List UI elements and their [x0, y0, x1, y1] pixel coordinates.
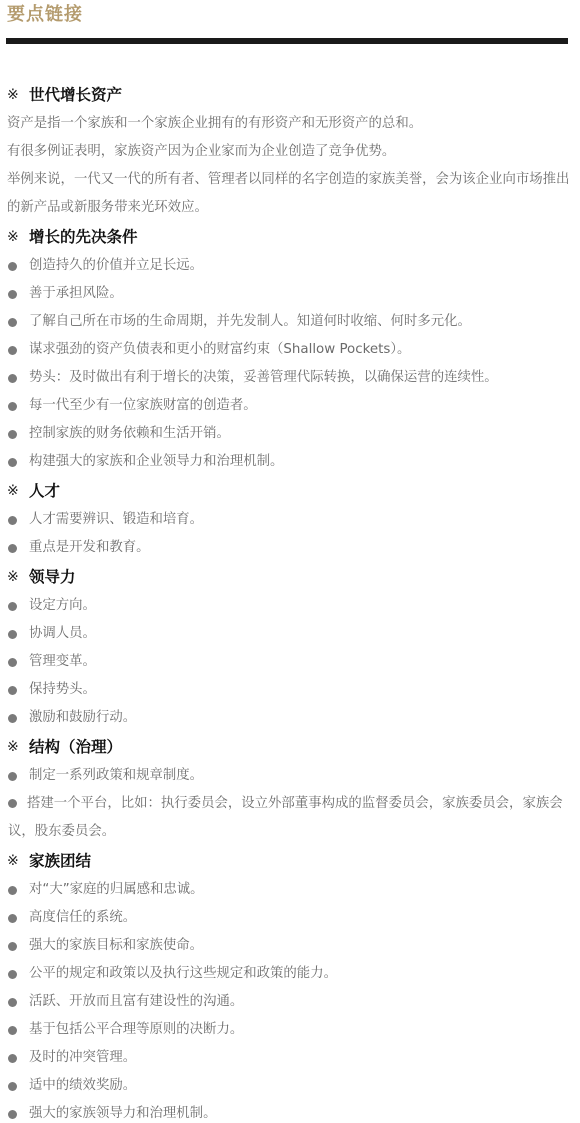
bullet-dot-icon [8, 630, 17, 639]
list-item-text: 谋求强劲的资产负债表和更小的财富约束（Shallow Pockets）。 [29, 336, 410, 364]
bullet-dot-icon [8, 602, 17, 611]
list-item-text: 保持势头。 [29, 676, 96, 704]
reference-mark-icon: ※ [7, 846, 29, 876]
list-item: 高度信任的系统。 [0, 904, 580, 932]
header-divider [6, 38, 568, 44]
list-item-text: 激励和鼓励行动。 [29, 704, 136, 732]
list-item: 活跃、开放而且富有建设性的沟通。 [0, 988, 580, 1016]
bullet-dot-icon [8, 1110, 17, 1119]
list-item: 强大的家族领导力和治理机制。 [0, 1100, 580, 1123]
list-item-text: 控制家族的财务依赖和生活开销。 [29, 420, 230, 448]
paragraph: 资产是指一个家族和一个家族企业拥有的有形资产和无形资产的总和。 [0, 110, 580, 138]
list-item-text: 构建强大的家族和企业领导力和治理机制。 [29, 448, 283, 476]
section-heading: ※ 结构（治理） [0, 732, 580, 762]
list-item: 势头：及时做出有利于增长的决策，妥善管理代际转换，以确保运营的连续性。 [0, 364, 580, 392]
list-item: 设定方向。 [0, 592, 580, 620]
bullet-dot-icon [8, 772, 17, 781]
section-heading: ※ 领导力 [0, 562, 580, 592]
paragraph: 有很多例证表明，家族资产因为企业家而为企业创造了竞争优势。 [0, 138, 580, 166]
reference-mark-icon: ※ [7, 222, 29, 252]
section-heading-text: 结构（治理） [29, 732, 122, 762]
list-item-text: 强大的家族目标和家族使命。 [29, 932, 203, 960]
bullet-dot-icon [8, 544, 17, 553]
list-item-text: 公平的规定和政策以及执行这些规定和政策的能力。 [29, 960, 337, 988]
bullet-dot-icon [8, 914, 17, 923]
bullet-dot-icon [8, 516, 17, 525]
bullet-dot-icon [8, 714, 17, 723]
section-heading: ※ 增长的先决条件 [0, 222, 580, 252]
bullet-dot-icon [8, 658, 17, 667]
bullet-dot-icon [8, 1082, 17, 1091]
list-item: 制定一系列政策和规章制度。 [0, 762, 580, 790]
list-item-text: 协调人员。 [29, 620, 96, 648]
list-item: 适中的绩效奖励。 [0, 1072, 580, 1100]
bullet-dot-icon [8, 1026, 17, 1035]
list-item-text: 重点是开发和教育。 [29, 534, 150, 562]
list-item: 及时的冲突管理。 [0, 1044, 580, 1072]
section-heading-text: 家族团结 [29, 846, 91, 876]
list-item-text: 活跃、开放而且富有建设性的沟通。 [29, 988, 243, 1016]
list-item: 控制家族的财务依赖和生活开销。 [0, 420, 580, 448]
section-leadership: ※ 领导力 设定方向。 协调人员。 管理变革。 保持势头。 激励和鼓励行动。 [0, 562, 580, 732]
section-heading: ※ 家族团结 [0, 846, 580, 876]
bullet-dot-icon [8, 1054, 17, 1063]
reference-mark-icon: ※ [7, 80, 29, 110]
list-item-text: 管理变革。 [29, 648, 96, 676]
list-item: 人才需要辨识、锻造和培育。 [0, 506, 580, 534]
bullet-dot-icon [8, 262, 17, 271]
list-item-text: 人才需要辨识、锻造和培育。 [29, 506, 203, 534]
paragraph: 举例来说，一代又一代的所有者、管理者以同样的名字创造的家族美誉，会为该企业向市场… [0, 166, 580, 222]
list-item: 强大的家族目标和家族使命。 [0, 932, 580, 960]
list-item-text: 每一代至少有一位家族财富的创造者。 [29, 392, 257, 420]
key-points-content: ※ 世代增长资产 资产是指一个家族和一个家族企业拥有的有形资产和无形资产的总和。… [0, 80, 580, 1123]
bullet-dot-icon [8, 458, 17, 467]
section-talent: ※ 人才 人才需要辨识、锻造和培育。 重点是开发和教育。 [0, 476, 580, 562]
list-item: 管理变革。 [0, 648, 580, 676]
list-item: 基于包括公平合理等原则的决断力。 [0, 1016, 580, 1044]
list-item: 了解自己所在市场的生命周期，并先发制人。知道何时收缩、何时多元化。 [0, 308, 580, 336]
list-item: 对“大”家庭的归属感和忠诚。 [0, 876, 580, 904]
list-item: 公平的规定和政策以及执行这些规定和政策的能力。 [0, 960, 580, 988]
section-heading: ※ 世代增长资产 [0, 80, 580, 110]
list-item-text: 强大的家族领导力和治理机制。 [29, 1100, 216, 1123]
list-item-text: 势头：及时做出有利于增长的决策，妥善管理代际转换，以确保运营的连续性。 [29, 364, 498, 392]
bullet-dot-icon [8, 402, 17, 411]
list-item: 谋求强劲的资产负债表和更小的财富约束（Shallow Pockets）。 [0, 336, 580, 364]
section-heading-text: 世代增长资产 [29, 80, 122, 110]
bullet-dot-icon [8, 686, 17, 695]
bullet-dot-icon [8, 374, 17, 383]
section-heading-text: 领导力 [29, 562, 76, 592]
list-item-text: 基于包括公平合理等原则的决断力。 [29, 1016, 243, 1044]
reference-mark-icon: ※ [7, 476, 29, 506]
section-heading-text: 人才 [29, 476, 60, 506]
bullet-dot-icon [8, 886, 17, 895]
section-growth-prerequisites: ※ 增长的先决条件 创造持久的价值并立足长远。 善于承担风险。 了解自己所在市场… [0, 222, 580, 476]
section-heading-text: 增长的先决条件 [29, 222, 138, 252]
list-item-text: 善于承担风险。 [29, 280, 123, 308]
list-item: 搭建一个平台，比如：执行委员会，设立外部董事构成的监督委员会，家族委员会，家族会… [0, 790, 580, 846]
list-item-text: 制定一系列政策和规章制度。 [29, 762, 203, 790]
list-item-text: 对“大”家庭的归属感和忠诚。 [29, 876, 204, 904]
list-item: 激励和鼓励行动。 [0, 704, 580, 732]
list-item-text: 了解自己所在市场的生命周期，并先发制人。知道何时收缩、何时多元化。 [29, 308, 471, 336]
list-item-text: 高度信任的系统。 [29, 904, 136, 932]
list-item: 善于承担风险。 [0, 280, 580, 308]
bullet-dot-icon [8, 998, 17, 1007]
page-title: 要点链接 [7, 2, 83, 28]
bullet-dot-icon [8, 346, 17, 355]
list-item: 协调人员。 [0, 620, 580, 648]
bullet-dot-icon [8, 318, 17, 327]
list-item-text: 搭建一个平台，比如：执行委员会，设立外部董事构成的监督委员会，家族委员会，家族会… [8, 796, 563, 839]
bullet-dot-icon [8, 430, 17, 439]
reference-mark-icon: ※ [7, 562, 29, 592]
bullet-dot-icon [8, 970, 17, 979]
section-heading: ※ 人才 [0, 476, 580, 506]
reference-mark-icon: ※ [7, 732, 29, 762]
list-item: 创造持久的价值并立足长远。 [0, 252, 580, 280]
list-item: 保持势头。 [0, 676, 580, 704]
list-item-text: 适中的绩效奖励。 [29, 1072, 136, 1100]
list-item-text: 创造持久的价值并立足长远。 [29, 252, 203, 280]
list-item: 构建强大的家族和企业领导力和治理机制。 [0, 448, 580, 476]
section-family-unity: ※ 家族团结 对“大”家庭的归属感和忠诚。 高度信任的系统。 强大的家族目标和家… [0, 846, 580, 1123]
section-structure-governance: ※ 结构（治理） 制定一系列政策和规章制度。 搭建一个平台，比如：执行委员会，设… [0, 732, 580, 846]
bullet-dot-icon [8, 799, 17, 808]
bullet-dot-icon [8, 290, 17, 299]
bullet-dot-icon [8, 942, 17, 951]
list-item-text: 设定方向。 [29, 592, 96, 620]
list-item-text: 及时的冲突管理。 [29, 1044, 136, 1072]
section-generational-growth-assets: ※ 世代增长资产 资产是指一个家族和一个家族企业拥有的有形资产和无形资产的总和。… [0, 80, 580, 222]
list-item: 每一代至少有一位家族财富的创造者。 [0, 392, 580, 420]
list-item: 重点是开发和教育。 [0, 534, 580, 562]
